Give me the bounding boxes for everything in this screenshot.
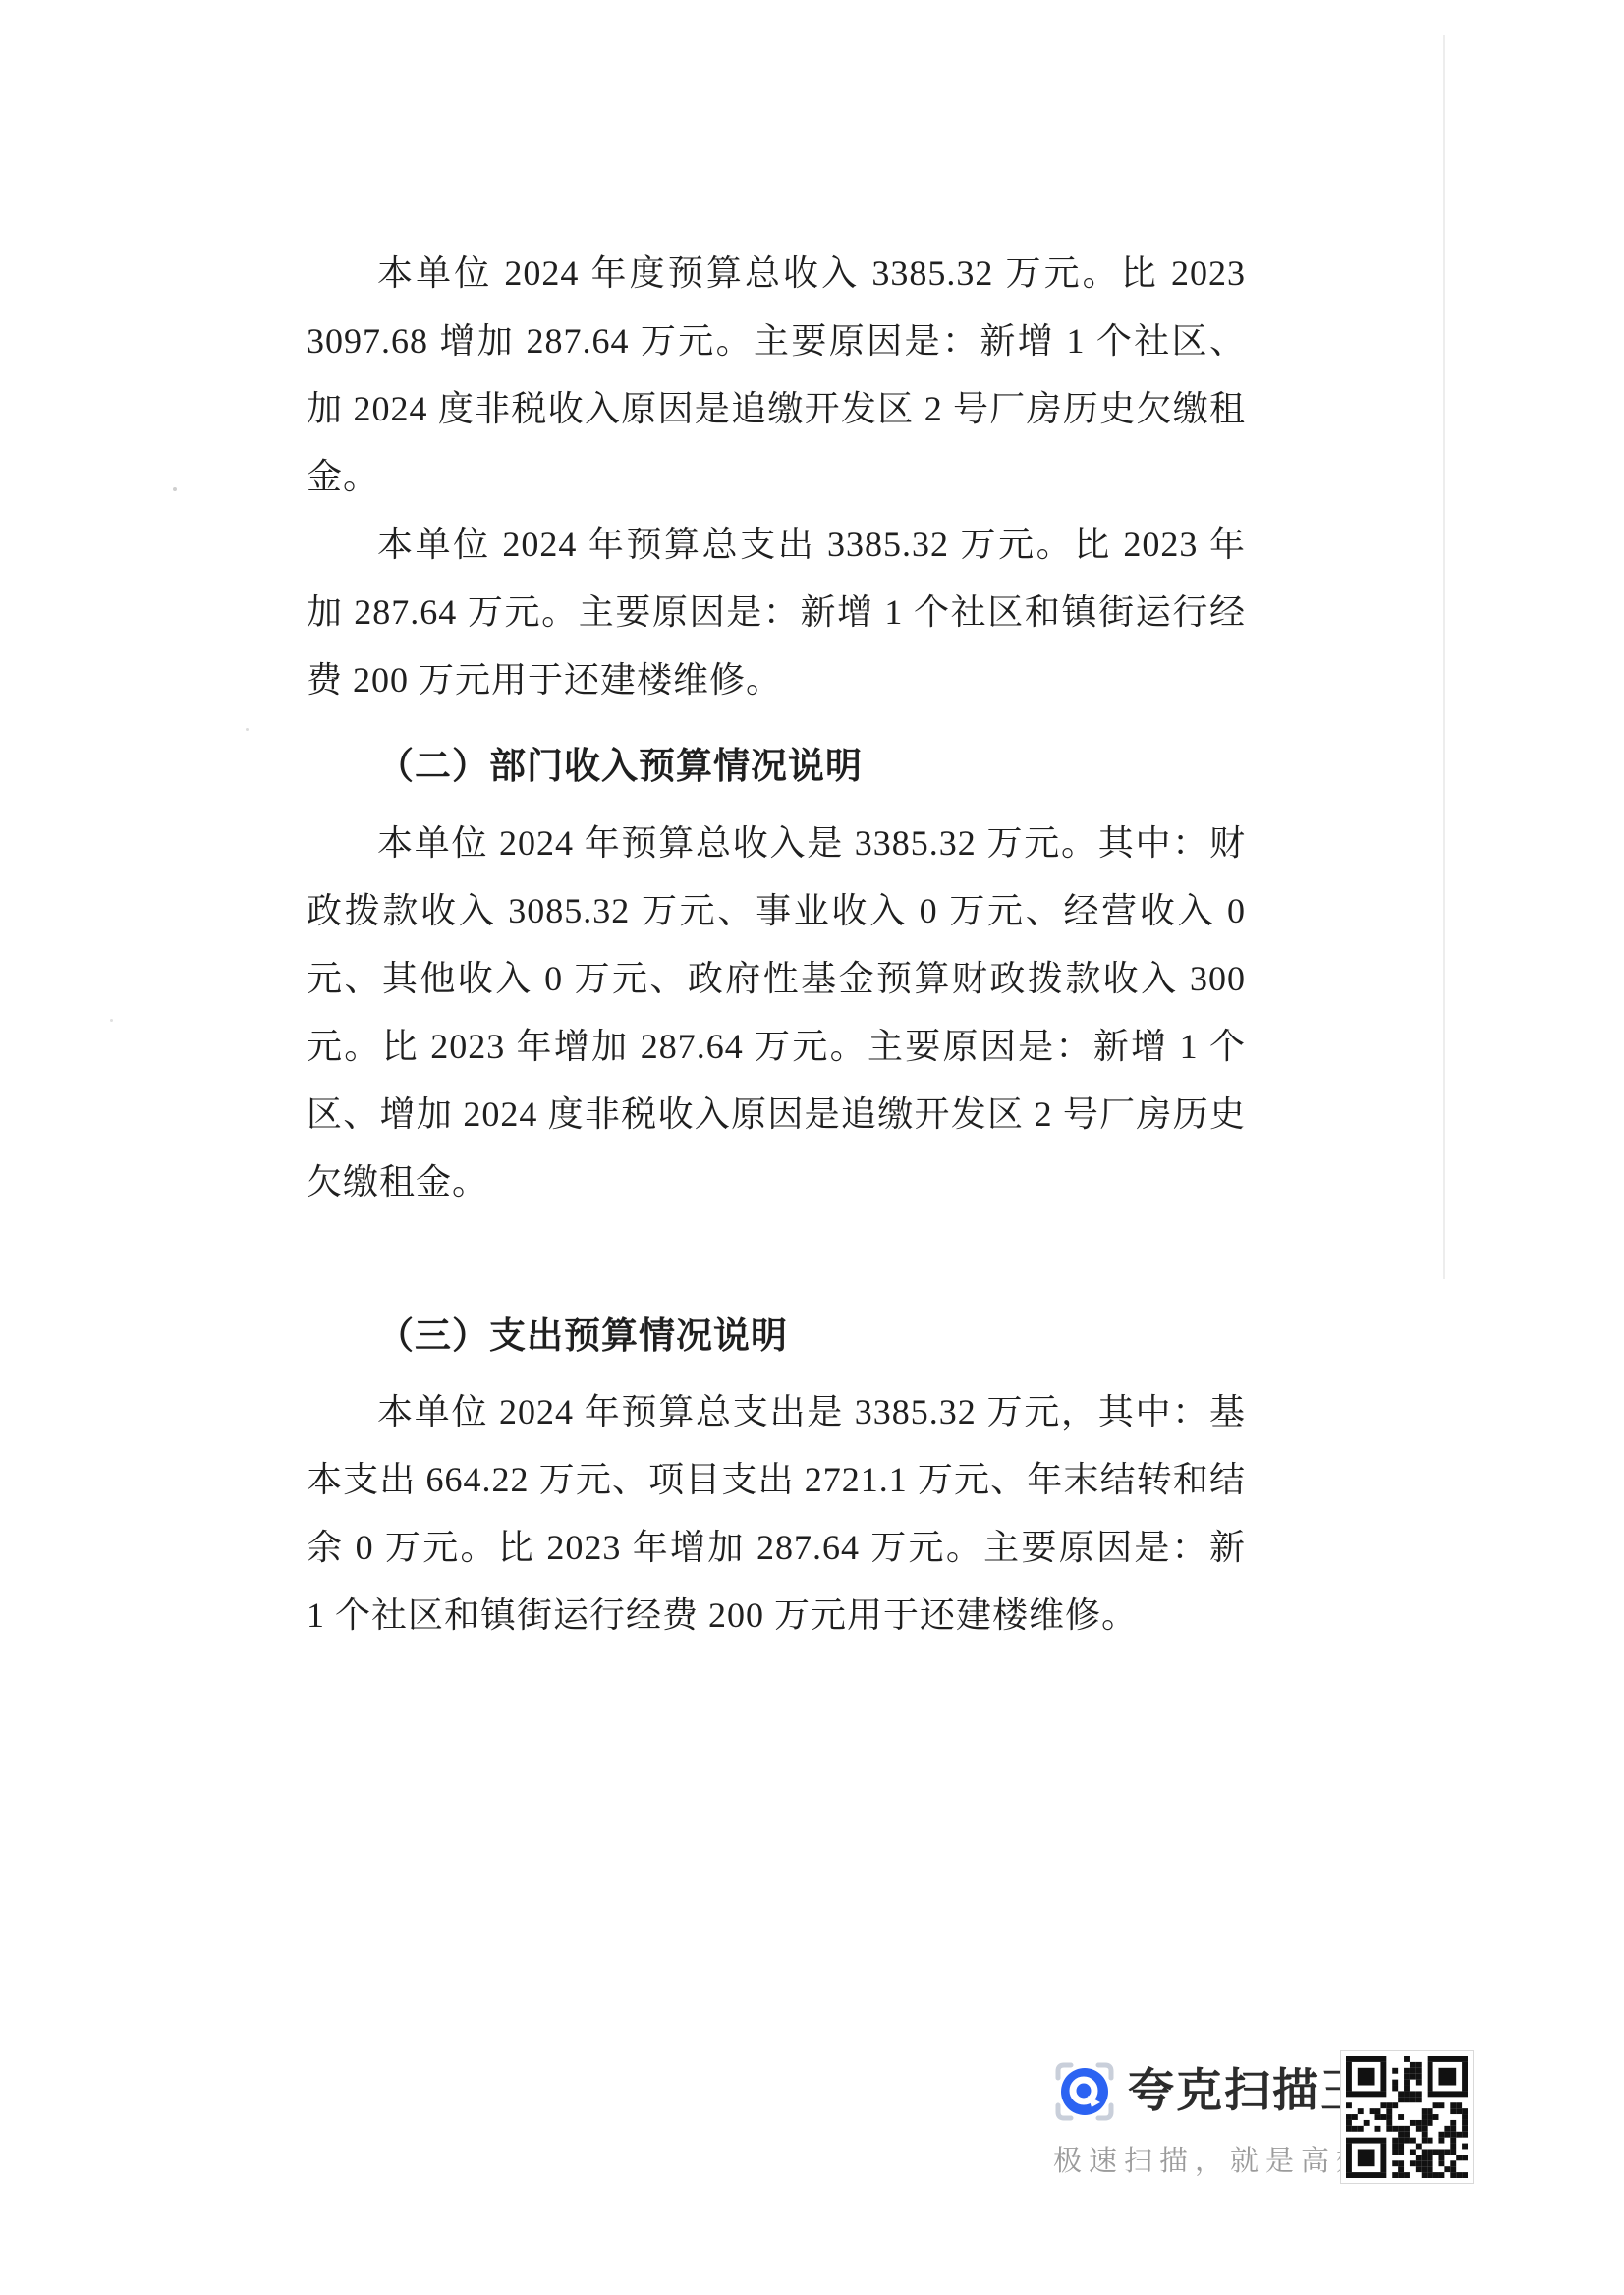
scan-artifact — [1443, 35, 1445, 1279]
section-heading: （三）支出预算情况说明 — [307, 1303, 1246, 1371]
document-body: 本单位 2024 年度预算总收入 3385.32 万元。比 2023 年3097… — [307, 240, 1246, 1650]
document-line: 元、其他收入 0 万元、政府性基金预算财政拨款收入 300 万 — [307, 945, 1246, 1013]
document-line: 余 0 万元。比 2023 年增加 287.64 万元。主要原因是：新增 — [307, 1514, 1246, 1582]
document-line: 政拨款收入 3085.32 万元、事业收入 0 万元、经营收入 0 万 — [307, 877, 1246, 945]
scan-artifact — [110, 1019, 113, 1022]
document-line: 本单位 2024 年预算总收入是 3385.32 万元。其中：财 — [307, 810, 1246, 877]
document-line: 金。 — [307, 443, 1246, 511]
scan-artifact — [173, 487, 177, 491]
document-line: 元。比 2023 年增加 287.64 万元。主要原因是：新增 1 个社 — [307, 1013, 1246, 1081]
document-line: 欠缴租金。 — [307, 1148, 1246, 1216]
document-line: 区、增加 2024 度非税收入原因是追缴开发区 2 号厂房历史 — [307, 1081, 1246, 1148]
blank-line — [307, 1216, 1246, 1284]
document-line: 1 个社区和镇街运行经费 200 万元用于还建楼维修。 — [307, 1582, 1246, 1650]
document-line: 费 200 万元用于还建楼维修。 — [307, 646, 1246, 714]
document-line: 本支出 664.22 万元、项目支出 2721.1 万元、年末结转和结 — [307, 1446, 1246, 1514]
scanner-tagline: 极速扫描，就是高效 — [1053, 2139, 1372, 2179]
scan-artifact — [246, 728, 249, 731]
qr-code-icon — [1340, 2050, 1474, 2184]
scanned-page: 本单位 2024 年度预算总收入 3385.32 万元。比 2023 年3097… — [0, 0, 1624, 2295]
document-line: 加 2024 度非税收入原因是追缴开发区 2 号厂房历史欠缴租 — [307, 375, 1246, 443]
section-heading: （二）部门收入预算情况说明 — [307, 733, 1246, 801]
quark-scan-logo-icon — [1055, 2062, 1114, 2121]
document-line: 加 287.64 万元。主要原因是：新增 1 个社区和镇街运行经 — [307, 579, 1246, 646]
document-line: 3097.68 增加 287.64 万元。主要原因是：新增 1 个社区、增 — [307, 308, 1246, 375]
document-line: 本单位 2024 年度预算总收入 3385.32 万元。比 2023 年 — [307, 240, 1246, 308]
document-line: 本单位 2024 年预算总支出是 3385.32 万元，其中：基 — [307, 1378, 1246, 1446]
document-line: 本单位 2024 年预算总支出 3385.32 万元。比 2023 年增 — [307, 511, 1246, 579]
scanner-watermark: 夸克扫描王 极速扫描，就是高效 — [1053, 2048, 1478, 2188]
